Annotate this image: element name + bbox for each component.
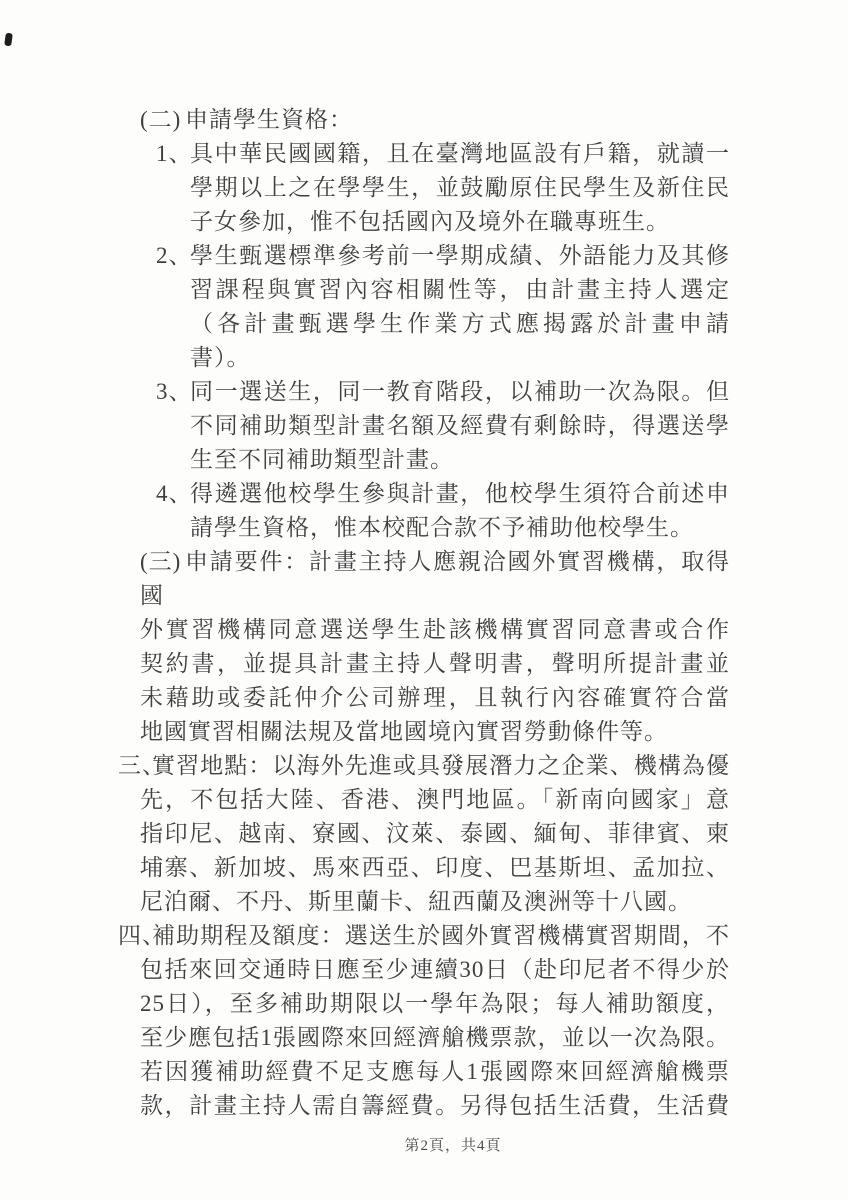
text-line: 不同補助類型計畫名額及經費有剩餘時，得選送學 [190, 409, 730, 443]
text-line: 習課程與實習內容相關性等，由計畫主持人選定 [190, 273, 730, 307]
text-line: 得遴選他校學生參與計畫，他校學生須符合前述申 [190, 477, 730, 511]
text-line: 若因獲補助經費不足支應每人1張國際來回經濟艙機票 [140, 1055, 730, 1089]
text-line: 生至不同補助類型計畫。 [190, 443, 730, 477]
item-marker: 3、 [156, 375, 193, 409]
text-line: 指印尼、越南、寮國、汶萊、泰國、緬甸、菲律賓、柬 [140, 817, 730, 851]
text-line: 地國實習相關法規及當地國境內實習勞動條件等。 [140, 715, 730, 749]
item-marker: 4、 [156, 477, 193, 511]
text-line: 先，不包括大陸、香港、澳門地區。「新南向國家」意 [140, 783, 730, 817]
text-line: 外實習機構同意選送學生赴該機構實習同意書或合作 [140, 613, 730, 647]
text-line: 書）。 [190, 341, 730, 375]
text-line: 具中華民國國籍，且在臺灣地區設有戶籍，就讀一 [190, 137, 730, 171]
doc-item: (二)申請學生資格： [140, 103, 730, 137]
scan-artifact-dot [4, 33, 13, 47]
text-line: 請學生資格，惟本校配合款不予補助他校學生。 [190, 511, 730, 545]
text-line: 同一選送生，同一教育階段，以補助一次為限。但 [190, 375, 730, 409]
doc-item: 2、學生甄選標準參考前一學期成績、外語能力及其修習課程與實習內容相關性等，由計畫… [190, 239, 730, 375]
text-line: 至少應包括1張國際來回經濟艙機票款，並以一次為限。 [140, 1021, 730, 1055]
text-line: 補助期程及額度：選送生於國外實習機構實習期間，不 [140, 919, 730, 953]
doc-item: (三)申請要件：計畫主持人應親洽國外實習機構，取得國外實習機構同意選送學生赴該機… [140, 545, 730, 749]
item-marker: 2、 [156, 239, 193, 273]
document-body: (二)申請學生資格：1、具中華民國國籍，且在臺灣地區設有戶籍，就讀一學期以上之在… [0, 103, 848, 1123]
text-line: 埔寨、新加坡、馬來西亞、印度、巴基斯坦、孟加拉、 [140, 851, 730, 885]
doc-item: 三、實習地點：以海外先進或具發展潛力之企業、機構為優先，不包括大陸、香港、澳門地… [140, 749, 730, 919]
text-line: 包括來回交通時日應至少連續30日（赴印尼者不得少於 [140, 953, 730, 987]
doc-item: 3、同一選送生，同一教育階段，以補助一次為限。但不同補助類型計畫名額及經費有剩餘… [190, 375, 730, 477]
page-footer: 第2頁，共4頁 [0, 1136, 848, 1156]
text-line: 子女參加，惟不包括國內及境外在職專班生。 [190, 205, 730, 239]
text-line: 學期以上之在學學生，並鼓勵原住民學生及新住民 [190, 171, 730, 205]
page-number: 第2頁，共4頁 [404, 1138, 501, 1154]
text-line: 25日），至多補助期限以一學年為限；每人補助額度， [140, 987, 730, 1021]
item-marker: (二) [140, 103, 181, 137]
document-page: (二)申請學生資格：1、具中華民國國籍，且在臺灣地區設有戶籍，就讀一學期以上之在… [0, 0, 848, 1200]
doc-item: 4、得遴選他校學生參與計畫，他校學生須符合前述申請學生資格，惟本校配合款不予補助… [190, 477, 730, 545]
text-line: 實習地點：以海外先進或具發展潛力之企業、機構為優 [140, 749, 730, 783]
text-line: 申請要件：計畫主持人應親洽國外實習機構，取得國 [140, 545, 730, 613]
item-marker: 1、 [156, 137, 193, 171]
text-line: 款，計畫主持人需自籌經費。另得包括生活費，生活費 [140, 1089, 730, 1123]
item-marker: 三、 [118, 749, 166, 783]
text-line: （各計畫甄選學生作業方式應揭露於計畫申請 [190, 307, 730, 341]
item-marker: (三) [140, 545, 181, 579]
text-line: 契約書，並提具計畫主持人聲明書，聲明所提計畫並 [140, 647, 730, 681]
text-line: 申請學生資格： [140, 103, 730, 137]
doc-item: 四、補助期程及額度：選送生於國外實習機構實習期間，不包括來回交通時日應至少連續3… [140, 919, 730, 1123]
item-marker: 四、 [118, 919, 166, 953]
text-line: 未藉助或委託仲介公司辦理，且執行內容確實符合當 [140, 681, 730, 715]
text-line: 學生甄選標準參考前一學期成績、外語能力及其修 [190, 239, 730, 273]
text-line: 尼泊爾、不丹、斯里蘭卡、紐西蘭及澳洲等十八國。 [140, 885, 730, 919]
doc-item: 1、具中華民國國籍，且在臺灣地區設有戶籍，就讀一學期以上之在學學生，並鼓勵原住民… [190, 137, 730, 239]
